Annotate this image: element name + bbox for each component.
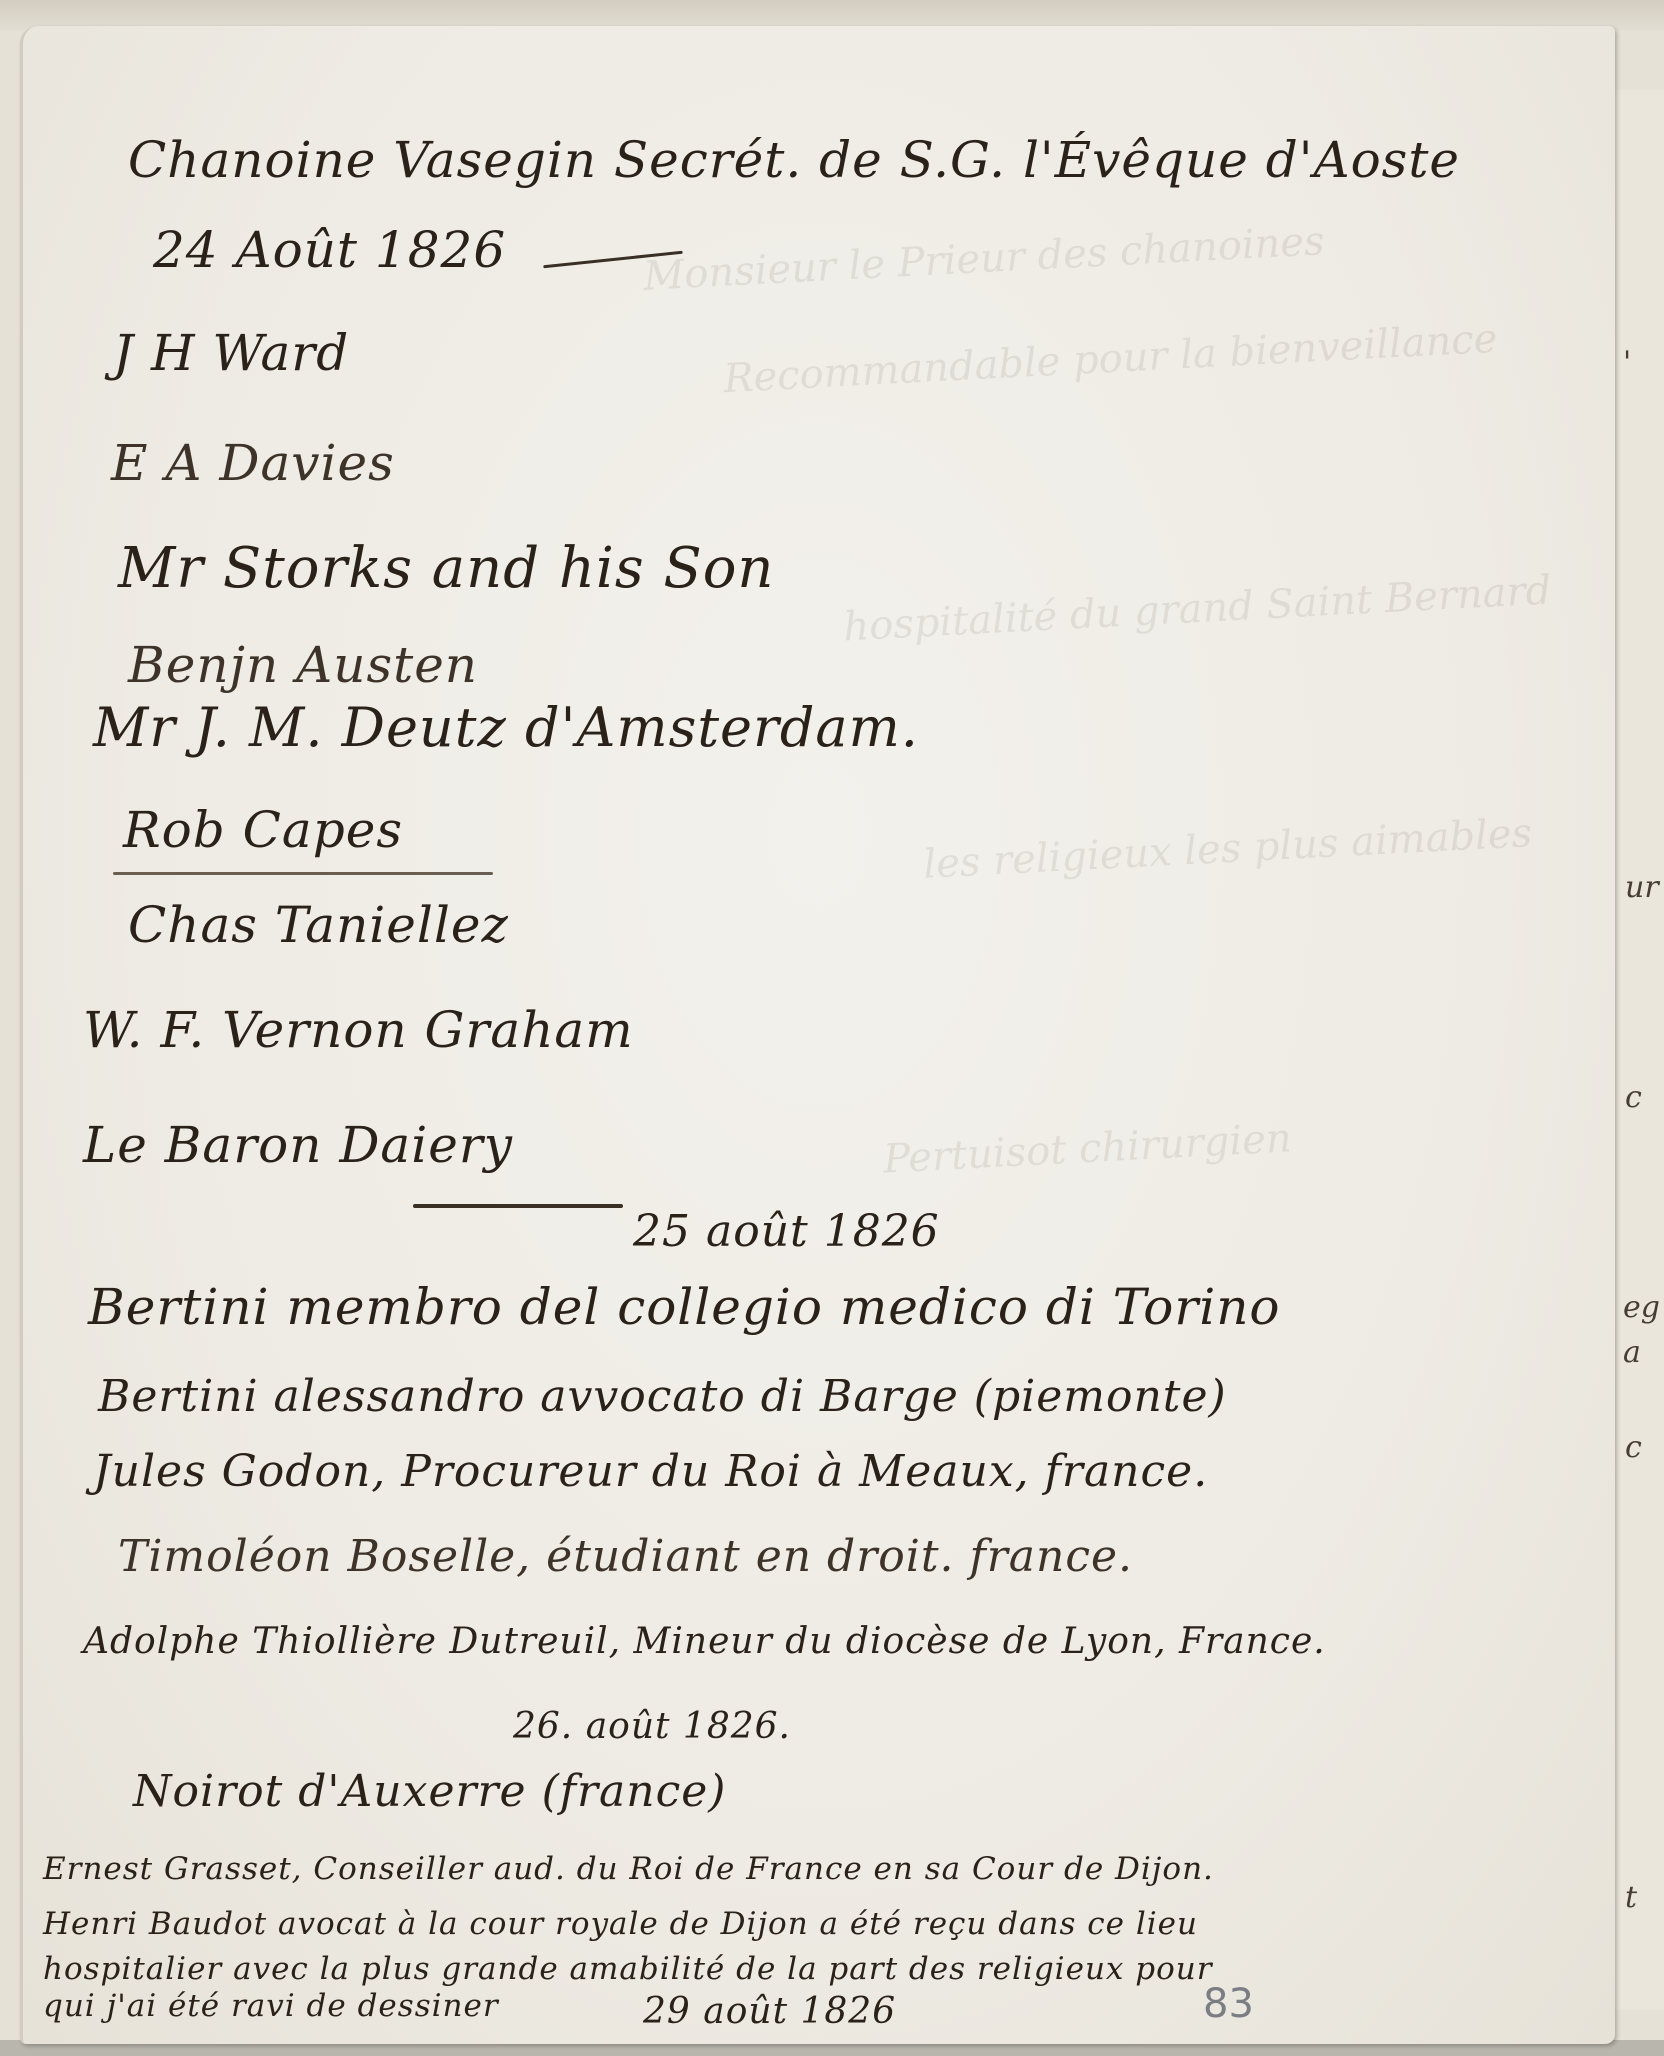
margin-fragment: c: [1625, 1430, 1642, 1465]
entry-line: W. F. Vernon Graham: [83, 1001, 634, 1059]
entry-line: Noirot d'Auxerre (france): [133, 1766, 726, 1817]
entry-line: Mr Storks and his Son: [118, 536, 775, 601]
register-page: Monsieur le Prieur des chanoines Recomma…: [20, 26, 1615, 2044]
entry-date: 25 août 1826: [633, 1206, 940, 1257]
margin-fragment: c: [1625, 1080, 1642, 1115]
entry-line: Benjn Austen: [128, 636, 478, 694]
entry-line: Chas Taniellez: [128, 896, 509, 954]
show-through-text: Pertuisot chirurgien: [882, 1115, 1293, 1182]
show-through-text: Monsieur le Prieur des chanoines: [642, 218, 1325, 300]
entry-line: J H Ward: [113, 324, 349, 382]
entry-line: Adolphe Thiollière Dutreuil, Mineur du d…: [83, 1621, 1326, 1662]
entry-date: 29 août 1826: [643, 1991, 896, 2032]
margin-fragment: t: [1625, 1880, 1637, 1915]
page-number: 83: [1203, 1981, 1254, 2027]
entry-line: Jules Godon, Procureur du Roi à Meaux, f…: [93, 1446, 1208, 1497]
show-through-text: hospitalité du grand Saint Bernard: [842, 567, 1552, 650]
entry-line: Mr J. M. Deutz d'Amsterdam.: [93, 696, 919, 759]
entry-line: Henri Baudot avocat à la cour royale de …: [43, 1906, 1198, 1942]
entry-date: 24 Août 1826: [153, 221, 506, 279]
entry-line: qui j'ai été ravi de dessiner: [43, 1988, 499, 2024]
entry-line: hospitalier avec la plus grande amabilit…: [43, 1951, 1213, 1987]
entry-line: Chanoine Vasegin Secrét. de S.G. l'Évêqu…: [128, 131, 1460, 189]
entry-line: Rob Capes: [123, 801, 403, 859]
margin-fragment: a: [1623, 1335, 1641, 1370]
entry-line: Bertini alessandro avvocato di Barge (pi…: [98, 1371, 1227, 1422]
margin-fragment: ur: [1625, 870, 1659, 905]
flourish-underline: [413, 1204, 623, 1208]
margin-fragment: eg: [1623, 1290, 1660, 1325]
show-through-text: les religieux les plus aimables: [922, 810, 1533, 888]
entry-date: 26. août 1826.: [513, 1706, 791, 1747]
flourish-underline: [113, 872, 493, 875]
entry-line: E A Davies: [111, 434, 395, 492]
margin-fragment: ': [1623, 345, 1631, 380]
entry-line: Ernest Grasset, Conseiller aud. du Roi d…: [43, 1851, 1214, 1887]
entry-line: Le Baron Daiery: [83, 1116, 513, 1174]
entry-line: Bertini membro del collegio medico di To…: [88, 1278, 1281, 1336]
entry-line: Timoléon Boselle, étudiant en droit. fra…: [118, 1531, 1133, 1582]
show-through-text: Recommandable pour la bienveillance: [722, 316, 1498, 402]
